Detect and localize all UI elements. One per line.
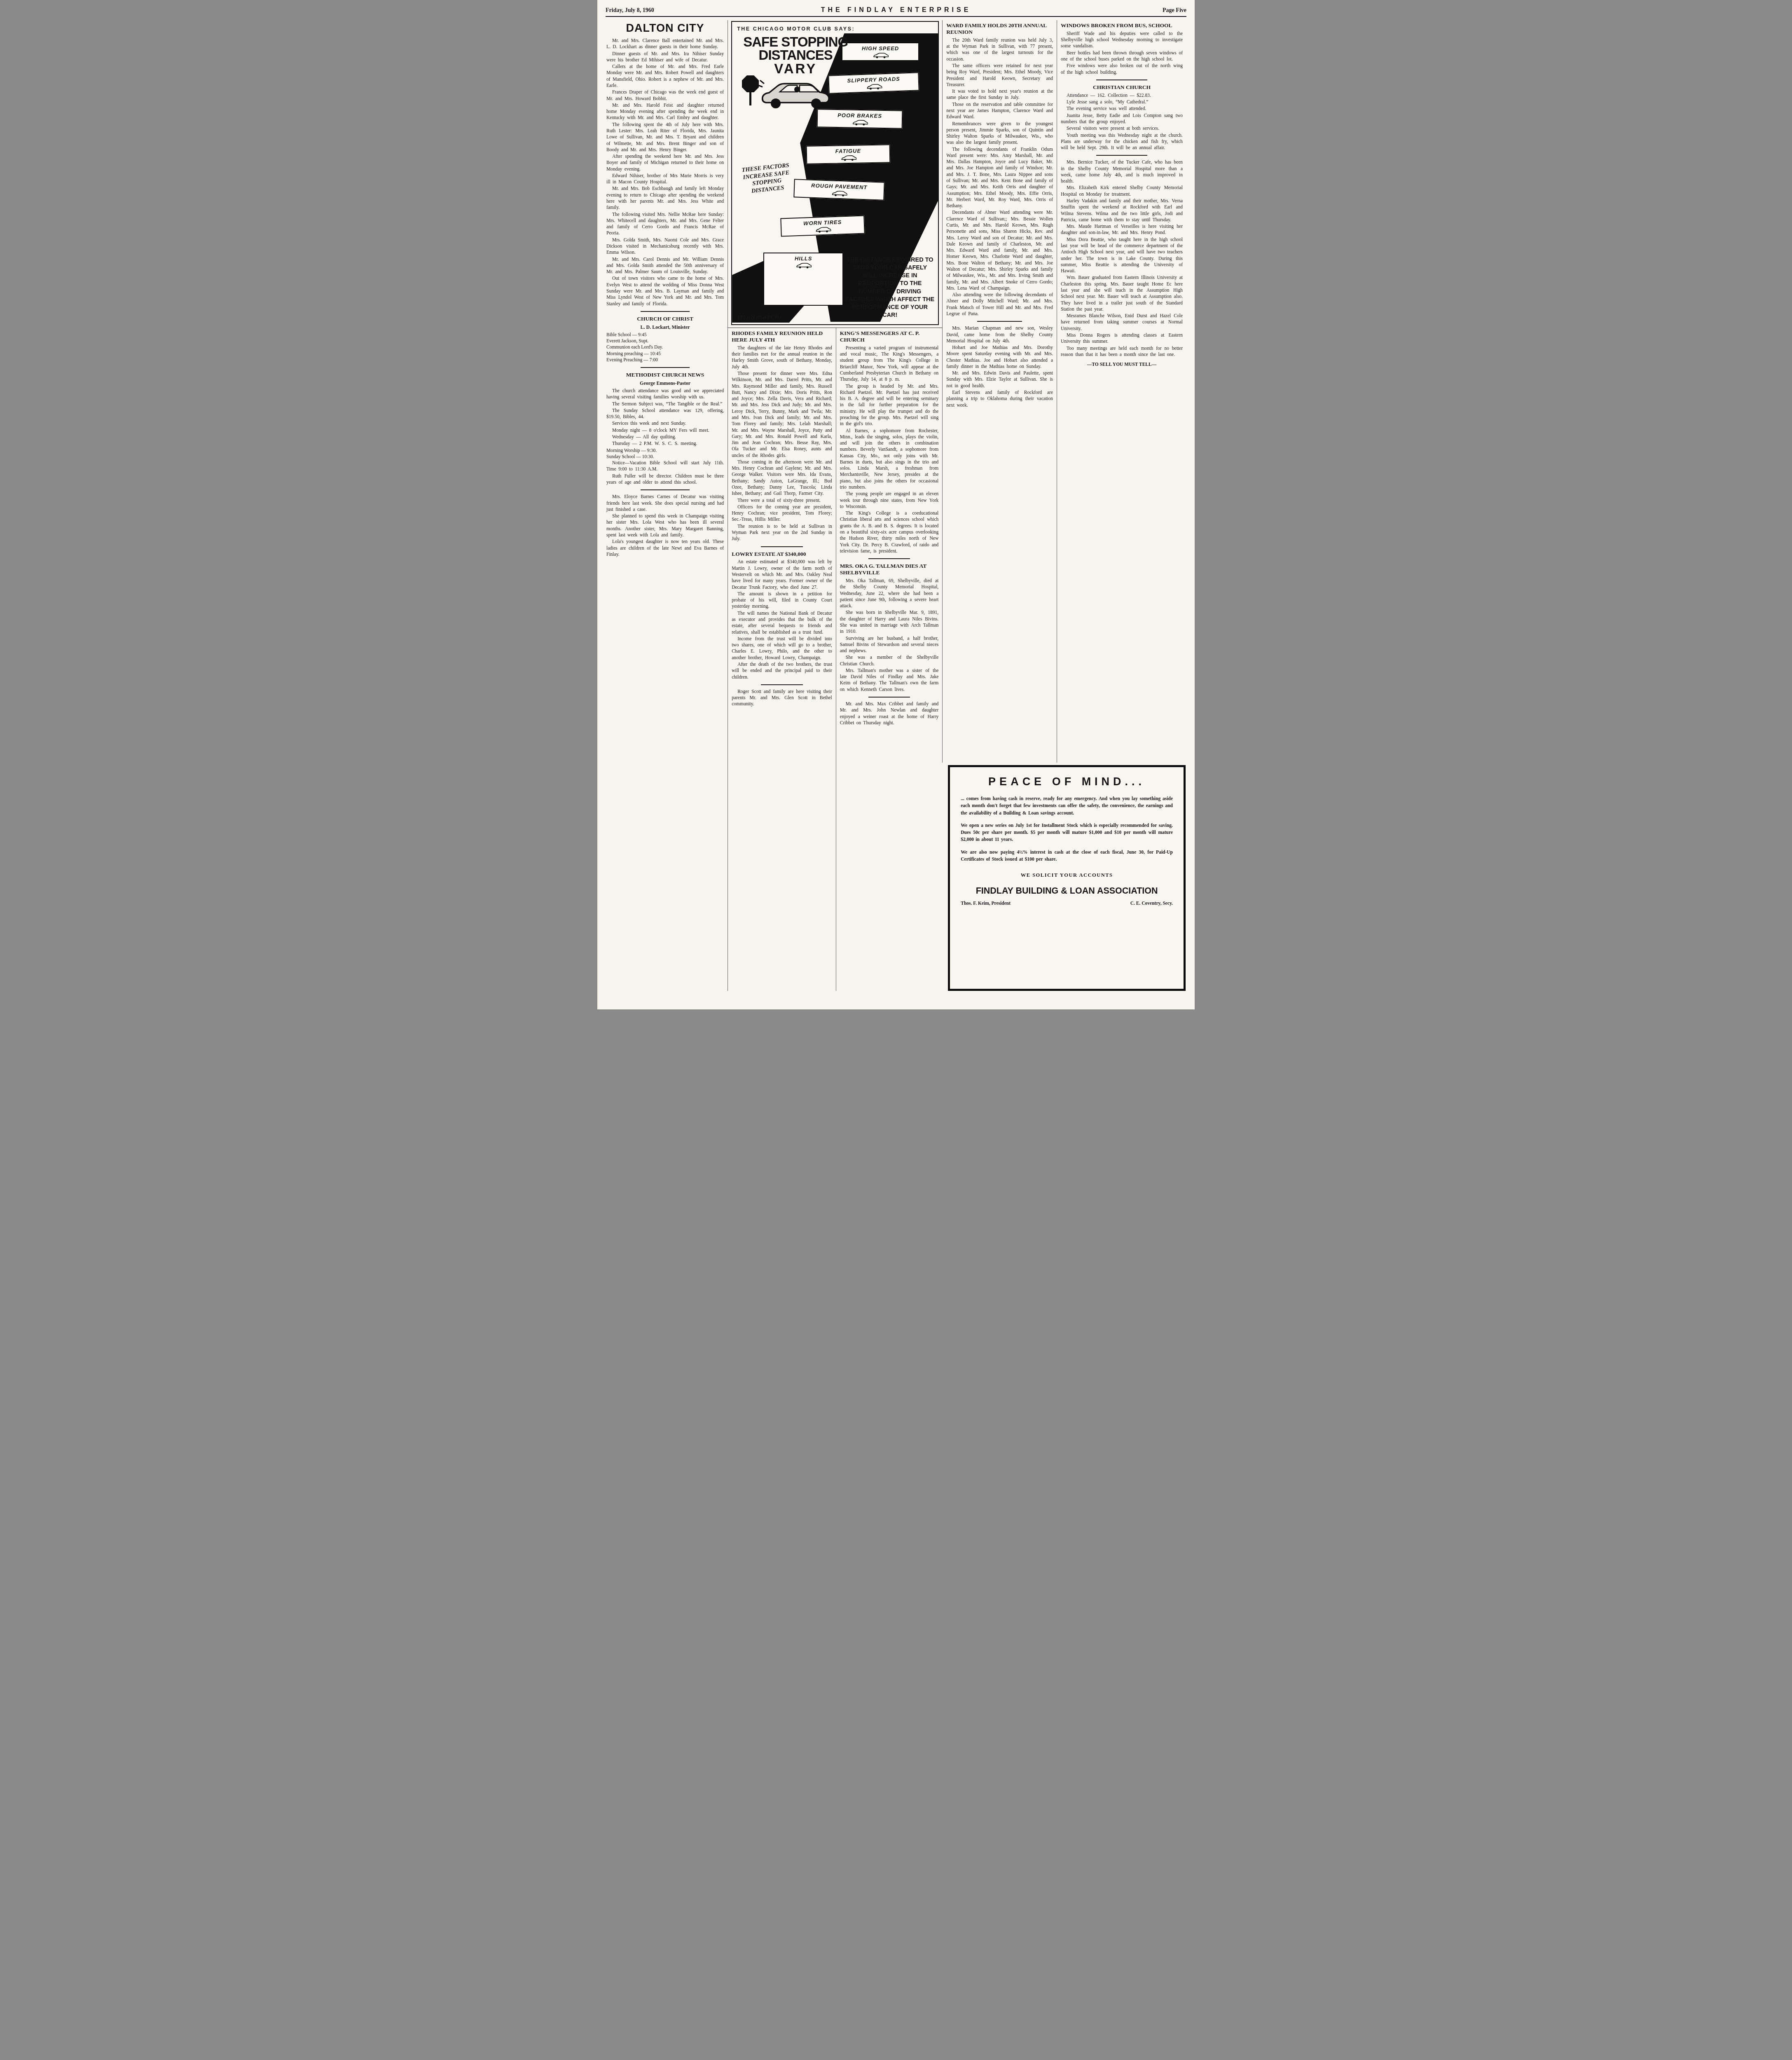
paragraph: The following decendants of Franklin Odu… — [946, 147, 1053, 210]
paragraph: Several visitors were present at both se… — [1061, 126, 1183, 132]
ad-headline-line: SAFE STOPPING — [734, 35, 857, 49]
paragraph: Decendants of Abner Ward attending were … — [946, 210, 1053, 292]
divider-rule — [1096, 155, 1147, 156]
paragraph: The evening service was well attended. — [1061, 106, 1183, 112]
factor-sign: HILLS — [763, 253, 843, 306]
schedule-line: Sunday School — 10:30. — [606, 454, 724, 460]
paragraph: Thursday — 2 P.M. W. S. C. S. meeting. — [606, 441, 724, 447]
ad-headline: PEACE OF MIND... — [961, 775, 1173, 788]
paragraph: The Sunday School attendance was 129, of… — [606, 408, 724, 421]
paragraph: Those on the reservation and table commi… — [946, 102, 1053, 121]
schedule-line: Morning Worship — 9:30. — [606, 448, 724, 454]
schedule-line: Morning preaching — 10:45 — [606, 351, 724, 357]
masthead-date: Friday, July 8, 1960 — [606, 7, 700, 14]
paragraph: The same officers were retained for next… — [946, 63, 1053, 88]
ad-headline: SAFE STOPPINGDISTANCESVARY — [734, 35, 857, 75]
masthead-page-number: Page Five — [1092, 7, 1186, 14]
section-headline: DALTON CITY — [606, 22, 724, 35]
paragraph: Mr. and Mrs. Harold Feist and daughter r… — [606, 103, 724, 122]
ad-body: ... comes from having cash in reserve, r… — [961, 796, 1173, 863]
paragraph: The following spent the 4th of July here… — [606, 122, 724, 153]
article-headline: MRS. OKA G. TALLMAN DIES AT SHELBYVILLE — [840, 563, 938, 576]
factor-sign: SLIPPERY ROADS — [828, 72, 919, 94]
sign-car-icon — [795, 263, 812, 269]
paragraph: She planned to spend this week in Champa… — [606, 513, 724, 538]
factor-sign-label: SLIPPERY ROADS — [847, 76, 900, 84]
paragraph: Wednesday — All day quilting. — [606, 434, 724, 440]
article-subhead: George Emmons-Pastor — [606, 380, 724, 386]
ad-paragraph-label: We are also now paying 4½% interest in c… — [961, 850, 1173, 862]
paragraph: The amount is shown in a petition for pr… — [732, 591, 832, 610]
paragraph: Hobart and Joe Mathias and Mrs. Dorothy … — [946, 345, 1053, 370]
paragraph: After spending the weekend here Mr. and … — [606, 154, 724, 173]
company-name: FINDLAY BUILDING & LOAN ASSOCIATION — [961, 886, 1173, 896]
paragraph: Miss Dora Beattie, who taught here in th… — [1061, 237, 1183, 275]
slogan-line: —TO SELL YOU MUST TELL— — [1061, 362, 1183, 367]
paragraph: Youth meeting was this Wednesday night a… — [1061, 133, 1183, 152]
schedule-line: Everett Jackson, Supt. — [606, 338, 724, 344]
paragraph: Lyle Jesse sang a solo, “My Cathedral.” — [1061, 99, 1183, 105]
column-rhodes-lowry: RHODES FAMILY REUNION HELD HERE JULY 4TH… — [728, 328, 836, 991]
schedule-line: Evening Preaching — 7:00 — [606, 357, 724, 363]
masthead: Friday, July 8, 1960 THE FINDLAY ENTERPR… — [606, 7, 1186, 17]
paragraph: The Sermon Subject was, “The Tangible or… — [606, 401, 724, 407]
paragraph: Monday night — 8 o'clock MY Fers will me… — [606, 428, 724, 434]
motor-club-ad-slot: THE CHICAGO MOTOR CLUB SAYS: SAFE STOPPI… — [728, 20, 942, 326]
paragraph: There were a total of sixty-three presen… — [732, 498, 832, 504]
paragraph: Services this week and next Sunday. — [606, 421, 724, 427]
paragraph: Mr. and Mrs. Clarence Ball entertained M… — [606, 38, 724, 51]
paragraph: Notice—Vacation Bible School will start … — [606, 460, 724, 473]
paragraph: Sheriff Wade and his deputies were calle… — [1061, 31, 1183, 50]
article-headline: CHURCH OF CHRIST — [606, 316, 724, 322]
sign-car-icon — [831, 190, 847, 197]
paragraph: Mrs. Elizabeth Kirk entered Shelby Count… — [1061, 185, 1183, 198]
divider-rule — [868, 697, 910, 698]
paragraph: Callers at the home of Mr. and Mrs. Fred… — [606, 64, 724, 89]
paragraph: Mr. and Mrs. Carol Dennis and Mr. Willia… — [606, 257, 724, 276]
paragraph: The reunion is to be held at Sullivan in… — [732, 524, 832, 543]
paragraph: Mr. and Mrs. Bob Eschbaugh and family le… — [606, 186, 724, 211]
ad-headline-line: DISTANCES — [734, 49, 857, 62]
divider-rule — [761, 546, 803, 547]
paragraph: Also attending were the following decend… — [946, 292, 1053, 317]
paragraph: The 20th Ward family reunion was held Ju… — [946, 37, 1053, 63]
article-headline: LOWRY ESTATE AT $340,000 — [732, 551, 832, 557]
paragraph: Mesrames Blanche Wilson, Enid Durst and … — [1061, 313, 1183, 332]
ad-kicker: THE CHICAGO MOTOR CLUB SAYS: — [737, 26, 855, 32]
sign-car-icon — [814, 227, 831, 233]
ad-paragraph: ... comes from having cash in reserve, r… — [961, 796, 1173, 817]
factor-sign-label: HILLS — [795, 255, 812, 262]
chicago-motor-club-ad: THE CHICAGO MOTOR CLUB SAYS: SAFE STOPPI… — [731, 21, 939, 325]
paragraph: Mr. and Mrs. Edwin Davis and Paulette, s… — [946, 370, 1053, 389]
paragraph: Dinner guests of Mr. and Mrs. Ira Nihise… — [606, 51, 724, 64]
paragraph: Lola's youngest daughter is now ten year… — [606, 539, 724, 558]
divider-rule — [1096, 80, 1147, 80]
ad-paragraph: We are also now paying 4½% interest in c… — [961, 849, 1173, 864]
divider-rule — [641, 489, 690, 490]
paragraph: Those present for dinner were Mrs. Edna … — [732, 371, 832, 459]
paragraph: Beer bottles had been thrown through sev… — [1061, 50, 1183, 63]
divider-rule — [977, 321, 1022, 322]
peace-of-mind-ad-slot: PEACE OF MIND... ... comes from having c… — [942, 763, 1186, 991]
paragraph: Officers for the coming year are preside… — [732, 504, 832, 523]
paragraph: Too many meetings are held each month fo… — [1061, 346, 1183, 358]
paragraph: Mrs. Marian Chapman and new son, Wesley … — [946, 325, 1053, 344]
paragraph: Wm. Bauer graduated from Eastern Illinoi… — [1061, 275, 1183, 313]
factor-sign: POOR BRAKES — [817, 109, 903, 129]
factor-sign-label: WORN TIRES — [803, 219, 842, 226]
paragraph: She was a member of the Shelbyville Chri… — [840, 655, 938, 667]
page-content: DALTON CITYMr. and Mrs. Clarence Ball en… — [606, 20, 1186, 991]
paragraph: Earl Stevens and family of Rockford are … — [946, 390, 1053, 409]
paragraph: Mrs. Oka Tallman, 69, Shelbyville, died … — [840, 578, 938, 609]
sign-car-icon — [840, 155, 856, 162]
paragraph: Mrs. Bernice Tucker, of the Tucker Cafe,… — [1061, 159, 1183, 185]
sign-car-icon — [852, 120, 868, 126]
paragraph: Al Barnes, a sophomore from Rochester, M… — [840, 428, 938, 491]
paragraph: Miss Donna Rogers is attending classes a… — [1061, 332, 1183, 345]
paragraph: Income from the trust will be divided in… — [732, 636, 832, 661]
secretary-name: C. E. Coventry, Secy. — [1130, 901, 1173, 906]
ad-headline-line: VARY — [734, 62, 857, 75]
divider-rule — [641, 311, 690, 312]
schedule-line: Bible School — 9:45 — [606, 332, 724, 338]
paragraph: Juanita Jesse, Betty Eadie and Lois Comp… — [1061, 113, 1183, 126]
paragraph: Harley Vadakin and family and their moth… — [1061, 198, 1183, 223]
factor-sign: WORN TIRES — [780, 215, 865, 236]
paragraph: Mr. and Mrs. Max Cribbet and family and … — [840, 701, 938, 726]
column-kings-messengers: KING'S MESSENGERS AT C. P. CHURCHPresent… — [836, 328, 942, 991]
paragraph: An estate estimated at $340,000 was left… — [732, 559, 832, 590]
schedule-line: Communion each Lord's Day. — [606, 344, 724, 351]
factor-sign-label: ROUGH PAVEMENT — [811, 183, 868, 191]
divider-rule — [641, 367, 690, 368]
paragraph: Mrs. Eloyce Barnes Carnes of Decatur was… — [606, 494, 724, 513]
column-shelbyville-news: WINDOWS BROKEN FROM BUS, SCHOOLSheriff W… — [1057, 20, 1186, 763]
paragraph: The church attendance was good and we ap… — [606, 388, 724, 401]
paragraph: It was voted to hold next year's reunion… — [946, 89, 1053, 101]
ad-paragraph-label: We open a new series on July 1st for Ins… — [961, 823, 1173, 843]
factor-sign: FATIGUE — [806, 144, 891, 164]
paragraph: The daughters of the late Henry Rhodes a… — [732, 345, 832, 370]
factor-sign-label: FATIGUE — [835, 147, 861, 154]
ad-headline-line-label: VARY — [774, 61, 817, 76]
column-ward-family: WARD FAMILY HOLDS 20TH ANNUAL REUNIONThe… — [942, 20, 1057, 763]
article-headline: KING'S MESSENGERS AT C. P. CHURCH — [840, 330, 938, 343]
paragraph: Five windows were also broken out of the… — [1061, 63, 1183, 76]
building-loan-ad: PEACE OF MIND... ... comes from having c… — [948, 765, 1186, 991]
divider-rule — [868, 558, 910, 559]
paragraph: The King's College is a coeducational Ch… — [840, 510, 938, 555]
paragraph: Mrs. Golda Smith, Mrs. Naomi Cole and Mr… — [606, 237, 724, 256]
paragraph: Surviving are her husband, a half brothe… — [840, 636, 938, 655]
ad-paragraph: We open a new series on July 1st for Ins… — [961, 822, 1173, 844]
ad-paragraph-label: ... comes from having cash in reserve, r… — [961, 796, 1173, 816]
paragraph: Presenting a varied program of instrumen… — [840, 345, 938, 383]
paragraph: After the death of the two brothers, the… — [732, 662, 832, 681]
article-headline: METHODIST CHURCH NEWS — [606, 372, 724, 378]
article-subhead: L. D. Lockart, Minister — [606, 324, 724, 330]
paragraph: Remembrances were given to the youngest … — [946, 121, 1053, 146]
paragraph: Roger Scott and family are here visiting… — [732, 689, 832, 708]
president-name: Thos. F. Keim, President — [961, 901, 1011, 906]
factor-sign-label: POOR BRAKES — [838, 112, 882, 119]
column-dalton-city: DALTON CITYMr. and Mrs. Clarence Ball en… — [606, 20, 728, 991]
sign-car-icon — [872, 53, 889, 59]
article-headline: WARD FAMILY HOLDS 20TH ANNUAL REUNION — [946, 22, 1053, 35]
sign-car-icon — [866, 84, 882, 90]
paragraph: Ruth Fuller will be director. Children m… — [606, 473, 724, 486]
paragraph: The group is headed by Mr. and Mrs. Rich… — [840, 384, 938, 428]
factor-sign-label: HIGH SPEED — [862, 45, 899, 51]
paragraph: Out of town visitors who came to the hom… — [606, 276, 724, 307]
paragraph: The young people are engaged in an eleve… — [840, 491, 938, 510]
paragraph: The will names the National Bank of Deca… — [732, 611, 832, 636]
paragraph: The following visited Mrs. Nellie McRae … — [606, 212, 724, 237]
paragraph: She was born in Shelbyville Mar. 9, 1891… — [840, 610, 938, 635]
paragraph: Attendance — 162. Collection — $22.83. — [1061, 93, 1183, 99]
ad-message: THE DISTANCE REQUIRED TO STOP YOUR CAR S… — [845, 256, 935, 319]
paragraph: Edward Nihiser, brother of Mrs Marie Mor… — [606, 173, 724, 186]
paragraph: Frances Draper of Chicago was the week e… — [606, 89, 724, 102]
article-headline: RHODES FAMILY REUNION HELD HERE JULY 4TH — [732, 330, 832, 343]
article-headline: WINDOWS BROKEN FROM BUS, SCHOOL — [1061, 22, 1183, 29]
masthead-title: THE FINDLAY ENTERPRISE — [821, 7, 971, 14]
newspaper-page: Friday, July 8, 1960 THE FINDLAY ENTERPR… — [597, 0, 1195, 1009]
paragraph: Mrs. Tallman's mother was a sister of th… — [840, 668, 938, 693]
factor-sign: ROUGH PAVEMENT — [793, 179, 884, 201]
officers-row: Thos. F. Keim, President C. E. Coventry,… — [961, 901, 1173, 906]
divider-rule — [761, 684, 803, 685]
solicit-line: WE SOLICIT YOUR ACCOUNTS — [961, 872, 1173, 878]
paragraph: Those coming in the afternoon were Mr. a… — [732, 459, 832, 497]
article-headline: CHRISTIAN CHURCH — [1061, 84, 1183, 91]
paragraph: Mrs. Maude Hartman of Verseilles is here… — [1061, 224, 1183, 236]
